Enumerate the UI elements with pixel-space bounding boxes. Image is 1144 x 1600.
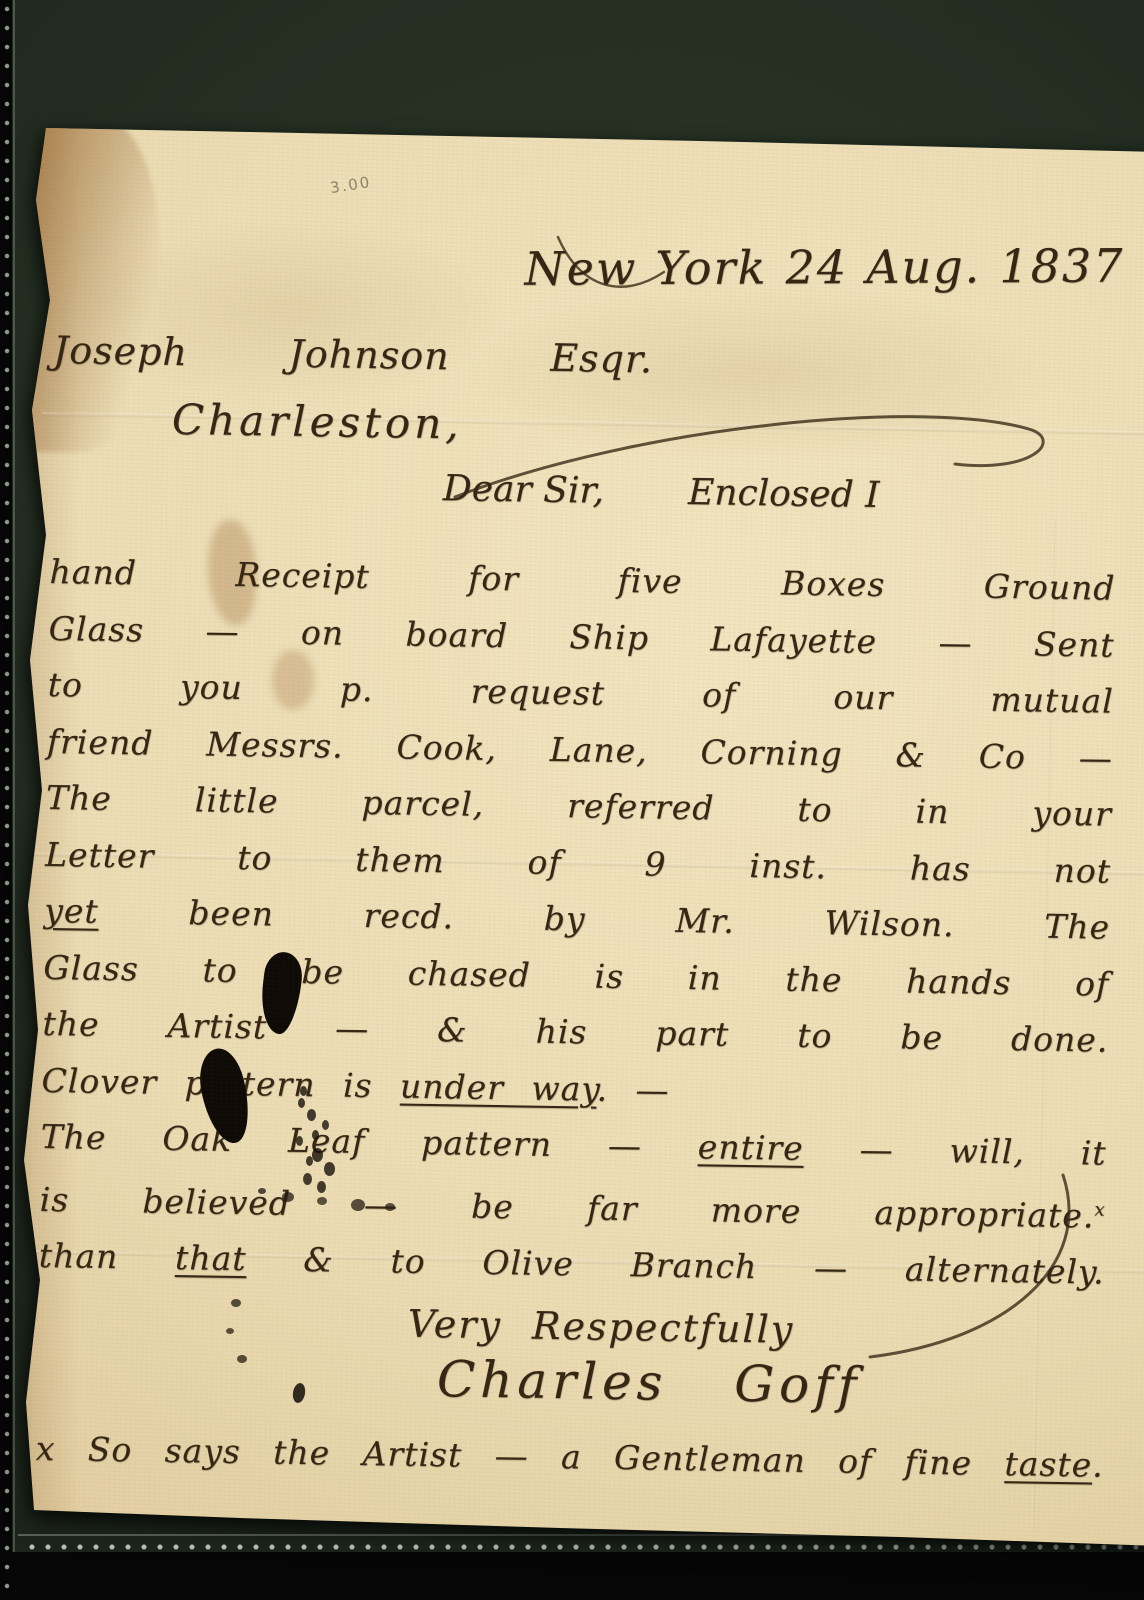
recipient-city: Charleston, xyxy=(52,388,1123,465)
pencil-price-note: 3.00 xyxy=(329,173,373,197)
salutation: Dear Sir, xyxy=(442,460,604,521)
text-segment: is believed — be far more appropriate. xyxy=(39,1179,1094,1235)
text-segment: the Artist — & his part to be done. xyxy=(42,1004,1108,1060)
underlined-word: yet xyxy=(44,891,99,931)
letter-paper-wrapper: 3.00 New York 24 Aug. 1837 Joseph Johnso… xyxy=(0,0,1144,1600)
text-segment: Letter to them of 9 inst. has not xyxy=(45,834,1111,890)
ink-speckles xyxy=(258,1188,266,1194)
text-segment: x So says the Artist — a Gentleman of fi… xyxy=(36,1428,1005,1482)
handwritten-text: New York 24 Aug. 1837 Joseph Johnson Esq… xyxy=(35,228,1124,1493)
text-segment: The Oak Leaf pattern — xyxy=(40,1117,698,1166)
text-segment: hand Receipt for five Boxes Ground xyxy=(49,552,1115,608)
text-segment: to you p. request of our mutual xyxy=(48,665,1114,721)
text-segment: Glass to be chased is in the hands of xyxy=(43,947,1109,1003)
text-segment: Glass — on board Ship Lafayette — Sent xyxy=(48,608,1114,664)
photo-of-letter: { "colors":{ "ink":"#352614", "paper":"#… xyxy=(0,0,1144,1600)
body-opening: Enclosed I xyxy=(688,464,880,525)
text-segment: than xyxy=(39,1236,176,1277)
dateline: New York 24 Aug. 1837 xyxy=(54,234,1124,304)
postscript-line: x So says the Artist — a Gentleman of fi… xyxy=(35,1420,1106,1493)
recipient-name: Joseph Johnson Esqr. xyxy=(53,322,654,387)
text-segment: friend Messrs. Cook, Lane, Corning & Co … xyxy=(47,721,1113,777)
salutation-row: Dear Sir, Enclosed I xyxy=(51,454,1122,529)
underlined-word: under way xyxy=(400,1066,597,1108)
text-segment: & to Olive Branch — alternately. xyxy=(246,1239,1105,1291)
text-segment: . — xyxy=(596,1069,670,1109)
underlined-word: that xyxy=(175,1238,247,1278)
letter-body: hand Receipt for five Boxes Ground Glass… xyxy=(38,544,1119,1301)
text-segment: — will, it xyxy=(803,1129,1106,1173)
letter-paper: 3.00 New York 24 Aug. 1837 Joseph Johnso… xyxy=(0,0,1144,1600)
footnote-marker: x xyxy=(1094,1199,1106,1220)
text-segment: . xyxy=(1092,1445,1104,1484)
ink-speckles xyxy=(300,1086,307,1096)
underlined-word: taste xyxy=(1004,1444,1092,1484)
text-segment: The little parcel, referred to in your xyxy=(46,778,1112,834)
ink-smudge xyxy=(0,0,110,32)
underlined-word: entire xyxy=(698,1127,805,1168)
text-segment: been recd. by Mr. Wilson. The xyxy=(98,892,1110,947)
